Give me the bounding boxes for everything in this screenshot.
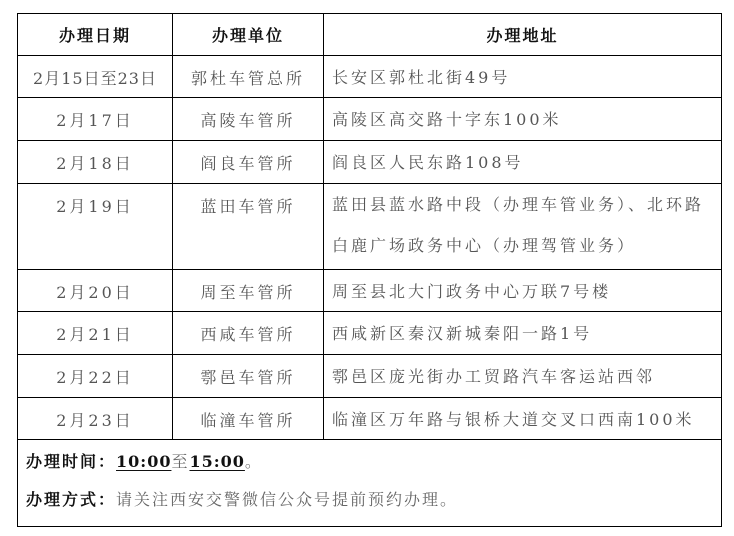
table-row: 2月22日 鄠邑车管所 鄠邑区庞光街办工贸路汽车客运站西邻 [18,355,722,398]
cell-address: 蓝田县蓝水路中段（办理车管业务）、北环路白鹿广场政务中心（办理驾管业务） [324,184,722,270]
cell-date: 2月23日 [18,398,173,440]
cell-date: 2月17日 [18,98,173,141]
method-text: 请关注西安交警微信公众号提前预约办理。 [116,490,458,509]
method-label: 办理方式： [26,490,116,509]
cell-address: 周至县北大门政务中心万联7号楼 [324,270,722,312]
cell-address: 西咸新区秦汉新城秦阳一路1号 [324,312,722,355]
cell-unit: 周至车管所 [173,270,324,312]
hours-start: 10:00 [116,452,171,471]
cell-date: 2月20日 [18,270,173,312]
header-date: 办理日期 [18,14,173,56]
cell-unit: 西咸车管所 [173,312,324,355]
cell-address: 高陵区高交路十字东100米 [324,98,722,141]
cell-date: 2月22日 [18,355,173,398]
table-row: 2月23日 临潼车管所 临潼区万年路与银桥大道交叉口西南100米 [18,398,722,440]
table-row: 2月21日 西咸车管所 西咸新区秦汉新城秦阳一路1号 [18,312,722,355]
table-header-row: 办理日期 办理单位 办理地址 [18,14,722,56]
footer-cell: 办理时间：10:00至15:00。 办理方式：请关注西安交警微信公众号提前预约办… [18,440,722,527]
cell-unit: 蓝田车管所 [173,184,324,270]
method-line: 办理方式：请关注西安交警微信公众号提前预约办理。 [26,488,721,526]
table-row: 2月18日 阎良车管所 阎良区人民东路108号 [18,141,722,184]
cell-address: 鄠邑区庞光街办工贸路汽车客运站西邻 [324,355,722,398]
header-unit: 办理单位 [173,14,324,56]
footer-row: 办理时间：10:00至15:00。 办理方式：请关注西安交警微信公众号提前预约办… [18,440,722,527]
cell-unit: 阎良车管所 [173,141,324,184]
table-row: 2月19日 蓝田车管所 蓝田县蓝水路中段（办理车管业务）、北环路白鹿广场政务中心… [18,184,722,270]
cell-date: 2月15日至23日 [18,56,173,98]
cell-unit: 高陵车管所 [173,98,324,141]
hours-separator: 至 [171,452,189,471]
cell-unit: 郭杜车管总所 [173,56,324,98]
cell-unit: 鄠邑车管所 [173,355,324,398]
cell-address: 长安区郭杜北街49号 [324,56,722,98]
cell-address: 阎良区人民东路108号 [324,141,722,184]
hours-end: 15:00 [189,452,244,471]
cell-unit: 临潼车管所 [173,398,324,440]
cell-address: 临潼区万年路与银桥大道交叉口西南100米 [324,398,722,440]
header-address: 办理地址 [324,14,722,56]
cell-date: 2月19日 [18,184,173,270]
hours-line: 办理时间：10:00至15:00。 [26,450,721,488]
hours-end-punct: 。 [245,452,263,471]
cell-date: 2月21日 [18,312,173,355]
schedule-table: 办理日期 办理单位 办理地址 2月15日至23日 郭杜车管总所 长安区郭杜北街4… [17,13,722,527]
table-row: 2月15日至23日 郭杜车管总所 长安区郭杜北街49号 [18,56,722,98]
cell-date: 2月18日 [18,141,173,184]
hours-label: 办理时间： [26,452,116,471]
table-row: 2月20日 周至车管所 周至县北大门政务中心万联7号楼 [18,270,722,312]
table-row: 2月17日 高陵车管所 高陵区高交路十字东100米 [18,98,722,141]
